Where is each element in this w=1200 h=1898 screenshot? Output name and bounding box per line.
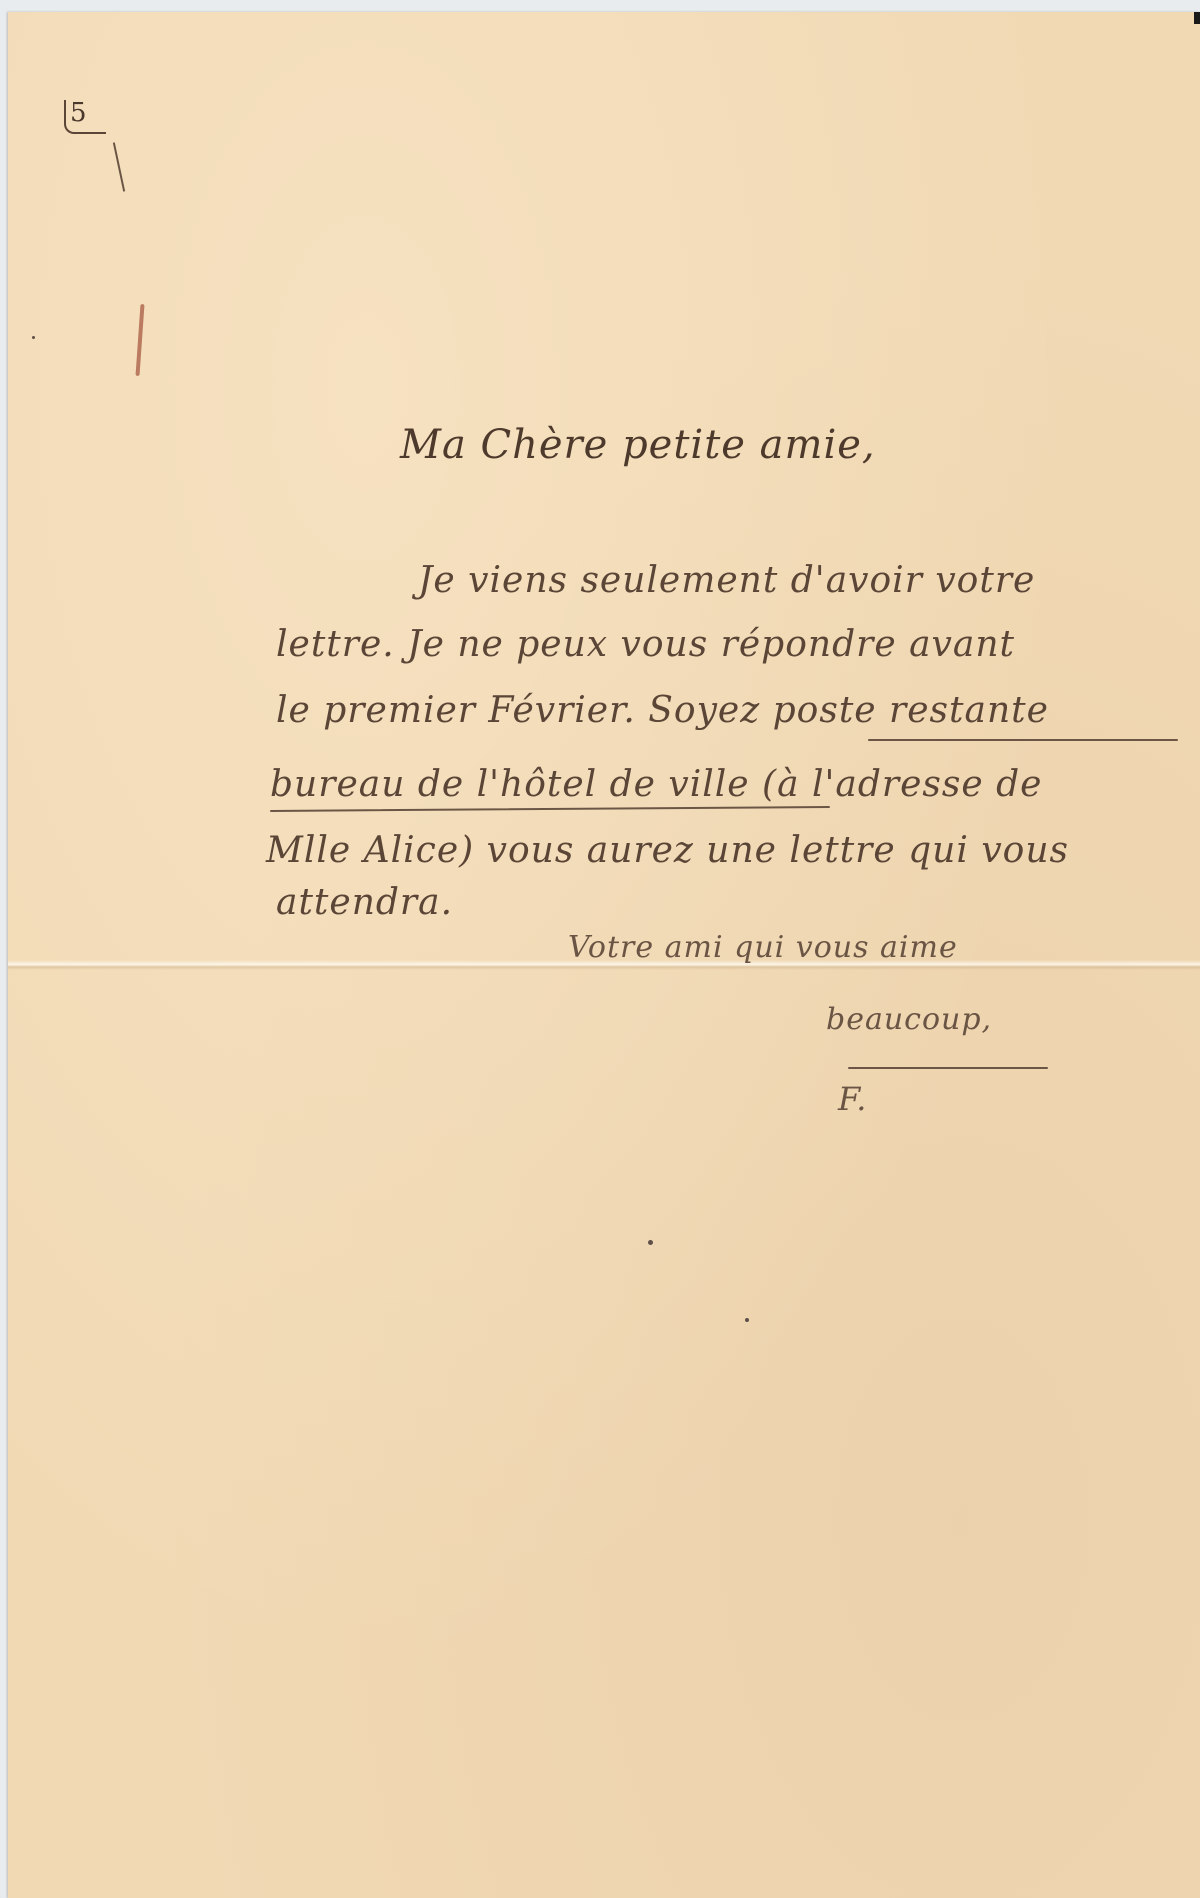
signature: F. <box>838 1080 867 1118</box>
page-number-bracket <box>64 100 106 134</box>
letter-sheet: 5 Ma Chère petite amie, Je viens seuleme… <box>8 12 1200 1898</box>
paper-speck <box>648 1240 653 1245</box>
closing-line: Votre ami qui vous aime <box>568 930 958 965</box>
signature-flourish <box>848 1067 1048 1069</box>
body-line: Mlle Alice) vous aurez une lettre qui vo… <box>266 830 1069 871</box>
body-line: bureau de l'hôtel de ville (à l'adresse … <box>270 764 1042 805</box>
underline-bureau <box>270 806 830 812</box>
paper-speck <box>745 1318 749 1322</box>
red-pencil-mark <box>135 304 144 376</box>
underline-poste-restante <box>868 739 1178 741</box>
body-line: Je viens seulement d'avoir votre <box>418 560 1035 601</box>
body-line: lettre. Je ne peux vous répondre avant <box>276 624 1015 665</box>
pencil-tick-mark <box>113 142 125 191</box>
scan-corner <box>1194 12 1200 24</box>
closing-line: beaucoup, <box>826 1002 992 1037</box>
body-line: attendra. <box>276 882 453 923</box>
body-line: le premier Février. Soyez poste restante <box>276 690 1049 731</box>
paper-speck <box>32 336 35 339</box>
salutation: Ma Chère petite amie, <box>400 422 876 468</box>
